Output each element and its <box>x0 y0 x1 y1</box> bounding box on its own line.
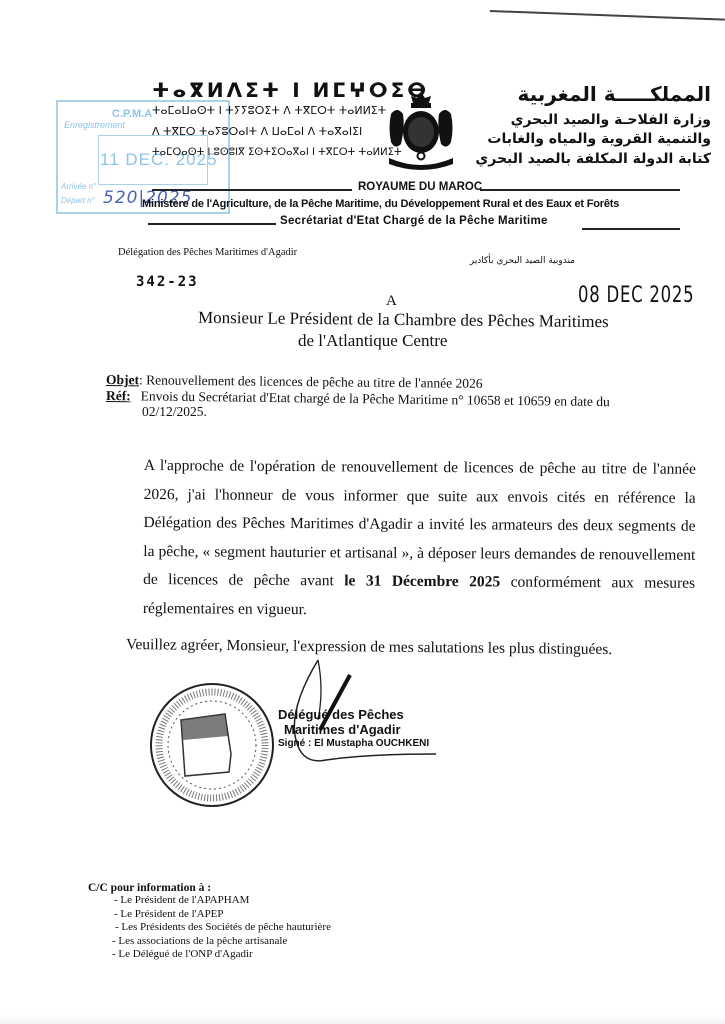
official-round-seal-icon <box>147 680 277 810</box>
scan-artifact-line <box>490 10 725 21</box>
header-rule <box>148 223 276 225</box>
reference-text-continued: 02/12/2025. <box>142 404 207 420</box>
stamp-title: C.P.M.A <box>112 108 152 120</box>
arabic-ministry-line2: والتنمية القروية والمياه والغابات <box>487 131 711 147</box>
tifinagh-ministry-line1: ⵜⴰⵎⴰⵡⴰⵙⵜ ⵏ ⵜⵢⵢⵓⵔⵉⵜ ⴷ ⵜⴳⵎⵔⵜ ⵜⴰⵍⵍⵉⵜ <box>152 104 386 117</box>
reference-text: Envois du Secrétariat d'Etat chargé de l… <box>141 388 610 409</box>
scan-bottom-edge <box>0 1015 725 1024</box>
subject-label: Objet <box>106 372 139 387</box>
cc-heading: C/C pour information à : <box>88 882 331 894</box>
delegation-name-fr: Délégation des Pêches Maritimes d'Agadir <box>118 247 297 258</box>
header-rule <box>152 189 352 191</box>
recipient-line2: de l'Atlantique Centre <box>298 331 447 351</box>
date-stamp: 08 DEC 2025 <box>578 283 694 308</box>
letter-body: A l'approche de l'opération de renouvell… <box>143 452 696 627</box>
stamp-arrivee-label: Arrivée n° <box>61 182 96 191</box>
cc-recipient: - Les associations de la pêche artisanal… <box>88 935 331 949</box>
recipient-line1: Monsieur Le Président de la Chambre des … <box>198 308 609 332</box>
stamp-depart-label: Départ n° <box>61 196 95 205</box>
secretariat-title: Secrétariat d'Etat Chargé de la Pêche Ma… <box>280 215 548 227</box>
moroccan-coat-of-arms-icon <box>385 88 457 172</box>
cc-section: C/C pour information à : - Le Président … <box>88 882 331 962</box>
stamp-subtitle: Enregistrement <box>64 120 125 130</box>
cc-recipient: - Le Président de l'APAPHAM <box>88 894 331 908</box>
arabic-secretariat: كتابة الدولة المكلفة بالصيد البحري <box>475 151 711 167</box>
signatory-title-line1: Délégué des Pêches <box>278 707 429 722</box>
reference-number: 342-23 <box>136 274 199 290</box>
signatory-name: Signé : El Mustapha OUCHKENI <box>278 738 429 749</box>
reference-label: Réf: <box>106 388 131 403</box>
body-deadline: le 31 Décembre 2025 <box>344 572 500 590</box>
arabic-kingdom: المملكـــــة المغربية <box>517 82 711 106</box>
ministry-title: Ministère de l'Agriculture, de la Pêche … <box>142 198 619 210</box>
arabic-ministry-line1: وزارة الفلاحـة والصيد البحري <box>511 112 711 128</box>
royaume-title: ROYAUME DU MAROC <box>358 181 482 193</box>
delegation-name-ar: مندوبية الصيد البحري بأكادير <box>470 256 575 266</box>
recipient-prefix: A <box>386 293 397 310</box>
cc-list: - Le Président de l'APAPHAM - Le Préside… <box>88 894 331 962</box>
signatory-title-line2: Maritimes d'Agadir <box>284 722 429 737</box>
cc-recipient: - Le Délégué de l'ONP d'Agadir <box>88 948 331 962</box>
tifinagh-secretariat: ⵜⴰⵎⵔⴰⵙⵜ ⵏ ⵓⵙⵓⵏⴳ ⵉⵙⵜⵉⵔⴰⴳⴰⵏ ⵏ ⵜⴳⵎⵔⵜ ⵜⴰⵍⵍⵉⵜ <box>152 147 402 158</box>
signature-block: Délégué des Pêches Maritimes d'Agadir Si… <box>278 707 429 749</box>
body-text-part1: A l'approche de l'opération de renouvell… <box>143 457 696 589</box>
handwritten-signature <box>270 640 470 770</box>
header-rule <box>582 228 680 230</box>
tifinagh-ministry-line2: ⴷ ⵜⴳⵎⵔ ⵜⴰⵢⵓⵔⴰⵏⵜ ⴷ ⵡⴰⵎⴰⵏ ⴷ ⵜⴰⴳⴰⵏⵉⵏ <box>152 125 362 138</box>
cc-recipient: - Les Présidents des Sociétés de pêche h… <box>88 921 331 935</box>
header-rule <box>480 189 680 191</box>
cc-recipient: - Le Président de l'APEP <box>88 908 331 922</box>
